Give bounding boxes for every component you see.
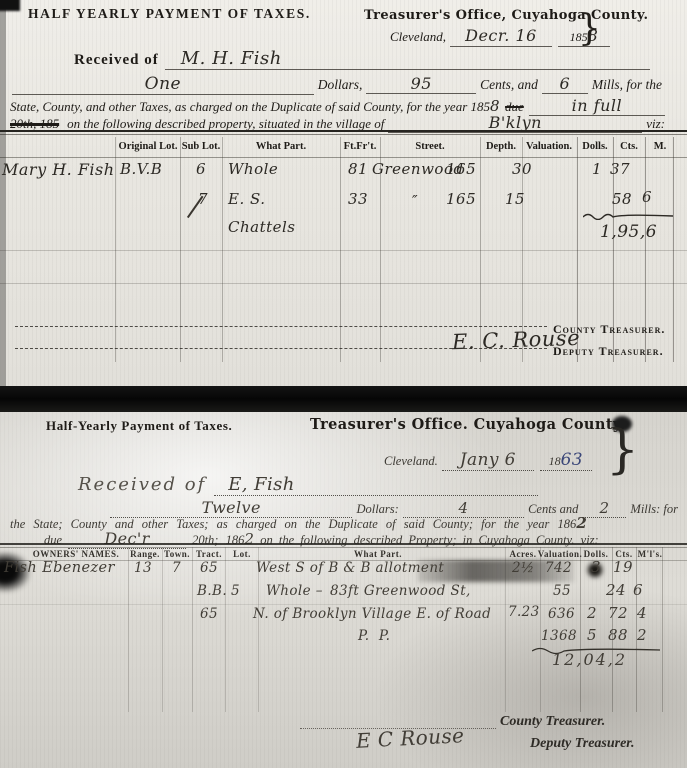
table2-top-rule-2: [0, 547, 687, 548]
scanned-tax-receipts-page: HALF YEARLY PAYMENT OF TAXES. Treasurer'…: [0, 0, 687, 768]
dolls-value-2: 2: [587, 604, 597, 622]
cents-label: Cents, and: [480, 77, 538, 93]
table-top-rule-2: [0, 134, 687, 135]
col-line: [222, 137, 223, 362]
due-label-2: due: [44, 533, 62, 548]
cts-value: 58: [612, 190, 632, 208]
receipt1-received-line: Received of M. H. Fish: [74, 48, 650, 70]
due-year-hw: 2: [244, 530, 254, 548]
row2-rule: [0, 604, 687, 605]
col-line: [340, 137, 341, 362]
depth-value: 165: [446, 190, 476, 208]
col-valuation: Valuation.: [526, 141, 572, 152]
range-value: 13: [134, 560, 152, 576]
col-dolls: Dolls.: [582, 141, 607, 152]
town-value: 7: [172, 560, 181, 576]
tract-value: 65: [200, 606, 218, 622]
col-lot: Lot.: [233, 549, 251, 559]
receipt2-title: Half-Yearly Payment of Taxes.: [46, 418, 232, 434]
table2-top-rule: [0, 543, 687, 545]
payer-blank-2: E, Fish: [214, 474, 538, 496]
receipt1-title: HALF YEARLY PAYMENT OF TAXES.: [28, 6, 311, 22]
date-blank-2: Jany 6: [442, 450, 534, 471]
sub-lot-value: 6: [196, 160, 206, 178]
corner-ink-mark: [0, 0, 20, 11]
col-what-part-2: What Part.: [354, 549, 402, 559]
receipt1-date-line: Cleveland, Decr. 16 1858: [390, 26, 610, 47]
ft-frt-value: 33: [348, 190, 368, 208]
col-line: [115, 137, 116, 362]
col-line: [673, 137, 674, 362]
what-part-value: Whole: [228, 160, 278, 178]
col-acres: Acres.: [509, 549, 536, 559]
due-date-printed: 20th; 186: [192, 533, 244, 548]
total-amount-2: 12,04,2: [552, 650, 627, 669]
scan-left-edge: [0, 0, 6, 386]
row-rule-1: [0, 250, 687, 251]
street-ditto-mark: ″: [412, 192, 418, 210]
date-handwritten-2: Jany 6: [460, 450, 516, 470]
payer-handwritten: M. H. Fish: [181, 48, 282, 69]
col-line: [162, 547, 163, 712]
receipt1-office-heading: Treasurer's Office, Cuyahoga County.: [364, 8, 648, 23]
date-blank: Decr. 16: [450, 26, 552, 47]
col-sub-lot: Sub Lot.: [182, 141, 221, 152]
what-part-value-2: West S of B & B allotment: [256, 560, 444, 576]
valuation-value-2: 636: [548, 606, 575, 622]
amount-words-handwritten: One: [145, 74, 181, 94]
payer-handwritten-2: E, Fish: [228, 474, 294, 495]
place-label: Cleveland,: [390, 29, 446, 45]
mills-value-2: 2: [637, 626, 647, 644]
valuation-value: 30: [512, 160, 532, 178]
valuation-value: 15: [505, 190, 525, 208]
receipt2-received-line: Received of E, Fish: [78, 474, 538, 496]
acres-value: 7.23: [508, 604, 540, 620]
col-ft-frt: Ft.Fr't.: [344, 141, 377, 152]
mills-handwritten: 6: [560, 74, 571, 93]
table-top-rule: [0, 130, 687, 132]
amount-words-blank: One: [12, 74, 314, 95]
payer-blank: M. H. Fish: [165, 48, 650, 70]
deputy-treasurer-label: Deputy Treasurer.: [553, 344, 664, 359]
header-bottom-rule: [0, 157, 687, 158]
received-of-ornate: Received of: [78, 474, 206, 495]
col-line: [225, 547, 226, 712]
cents-handwritten: 95: [411, 74, 432, 93]
col-line: [192, 547, 193, 712]
receipt2-date-line: Cleveland. Jany 6 1863: [384, 450, 592, 471]
col-line: [662, 547, 663, 712]
what-part-value-2: P. P.: [358, 628, 390, 644]
cts-value-2: 19: [613, 558, 633, 576]
dolls-value-2: 3: [591, 558, 601, 576]
cents-value-blank: 95: [366, 74, 476, 94]
total-amount: 1,95,6: [600, 222, 657, 242]
col-cts: Cts.: [620, 141, 638, 152]
year-printed-2: 18: [549, 454, 561, 468]
dolls-value: 1: [592, 160, 602, 178]
year-handwritten-2: 63: [561, 450, 583, 470]
col-m: M.: [654, 141, 667, 152]
col-original-lot: Original Lot.: [119, 141, 178, 152]
lot-value: 5: [231, 583, 240, 599]
col-line: [180, 137, 181, 362]
tract-value: B.B.: [197, 583, 227, 599]
col-range: Range.: [130, 549, 160, 559]
what-part-value-2: Whole –: [266, 583, 323, 599]
what-part-value-2: N. of Brooklyn Village E. of Road: [253, 606, 491, 622]
receipt1-amount-line: One Dollars, 95 Cents, and 6 Mills, for …: [12, 74, 662, 95]
acres-value: 2½: [512, 560, 534, 576]
col-street: Street.: [415, 141, 444, 152]
col-what-part: What Part.: [256, 141, 306, 152]
ft-frt-value: 81: [348, 160, 368, 178]
cts-value-2: 72: [608, 604, 628, 622]
date-handwritten: Decr. 16: [465, 26, 537, 45]
col-valuation-2: Valuation.: [538, 549, 582, 559]
body-line2-text-2: on the following described Property; in …: [260, 533, 598, 548]
scan-separator-band: [0, 386, 687, 412]
dollars-label: Dollars,: [318, 77, 363, 93]
cts-value-2: 88: [608, 626, 628, 644]
dolls-value-2: 5: [587, 626, 597, 644]
valuation-value-2: 1368: [541, 628, 577, 644]
chattels-entry: Chattels: [228, 218, 296, 236]
what-part-street: 83ft Greenwood St,: [330, 583, 471, 599]
county-treasurer-line: [15, 326, 547, 327]
valuation-value-2: 742: [545, 560, 572, 576]
due-handwritten-2: Dec'r: [104, 529, 149, 548]
owner-name: Mary H. Fish: [2, 160, 115, 179]
mills-value-2: 6: [633, 581, 643, 599]
deputy-treasurer-label-2: Deputy Treasurer.: [530, 736, 634, 752]
col-depth: Depth.: [486, 141, 516, 152]
mills-label: Mills, for the: [592, 77, 662, 93]
col-tract: Tract.: [196, 549, 222, 559]
mills-value-2: 4: [637, 604, 647, 622]
col-line: [128, 547, 129, 712]
what-part-value: E. S.: [228, 190, 266, 208]
valuation-value-2: 55: [553, 583, 571, 599]
col-line: [580, 547, 581, 712]
cts-value: 37: [610, 160, 630, 178]
col-town: Town.: [164, 549, 190, 559]
county-treasurer-label-2: County Treasurer.: [500, 714, 605, 730]
due-blank-2: Dec'r: [68, 529, 186, 549]
mills-value: 6: [642, 188, 652, 206]
mills-value-blank: 6: [542, 74, 588, 94]
brace-mark-2: }: [606, 420, 639, 480]
original-lot-value: B.V.B: [120, 160, 162, 178]
year-blank-2: 1863: [540, 450, 592, 471]
receipt2-body-line2: due Dec'r 20th; 186 2 on the following d…: [44, 529, 660, 549]
col-mls: M'l's.: [638, 549, 663, 559]
receipt2-office-heading: Treasurer's Office. Cuyahoga County.: [310, 416, 626, 433]
brace-mark: }: [578, 8, 601, 49]
row-rule-2: [0, 283, 687, 284]
received-of-label: Received of: [74, 52, 159, 69]
depth-value: 165: [446, 160, 476, 178]
cts-value-2: 24: [606, 581, 626, 599]
tract-value: 65: [200, 560, 218, 576]
col-owners-names: OWNERS' NAMES.: [33, 549, 120, 559]
owner-name-2: Fish Ebenezer: [4, 560, 115, 576]
place-label-2: Cleveland.: [384, 454, 438, 469]
total-squiggle-rule: [583, 212, 673, 220]
